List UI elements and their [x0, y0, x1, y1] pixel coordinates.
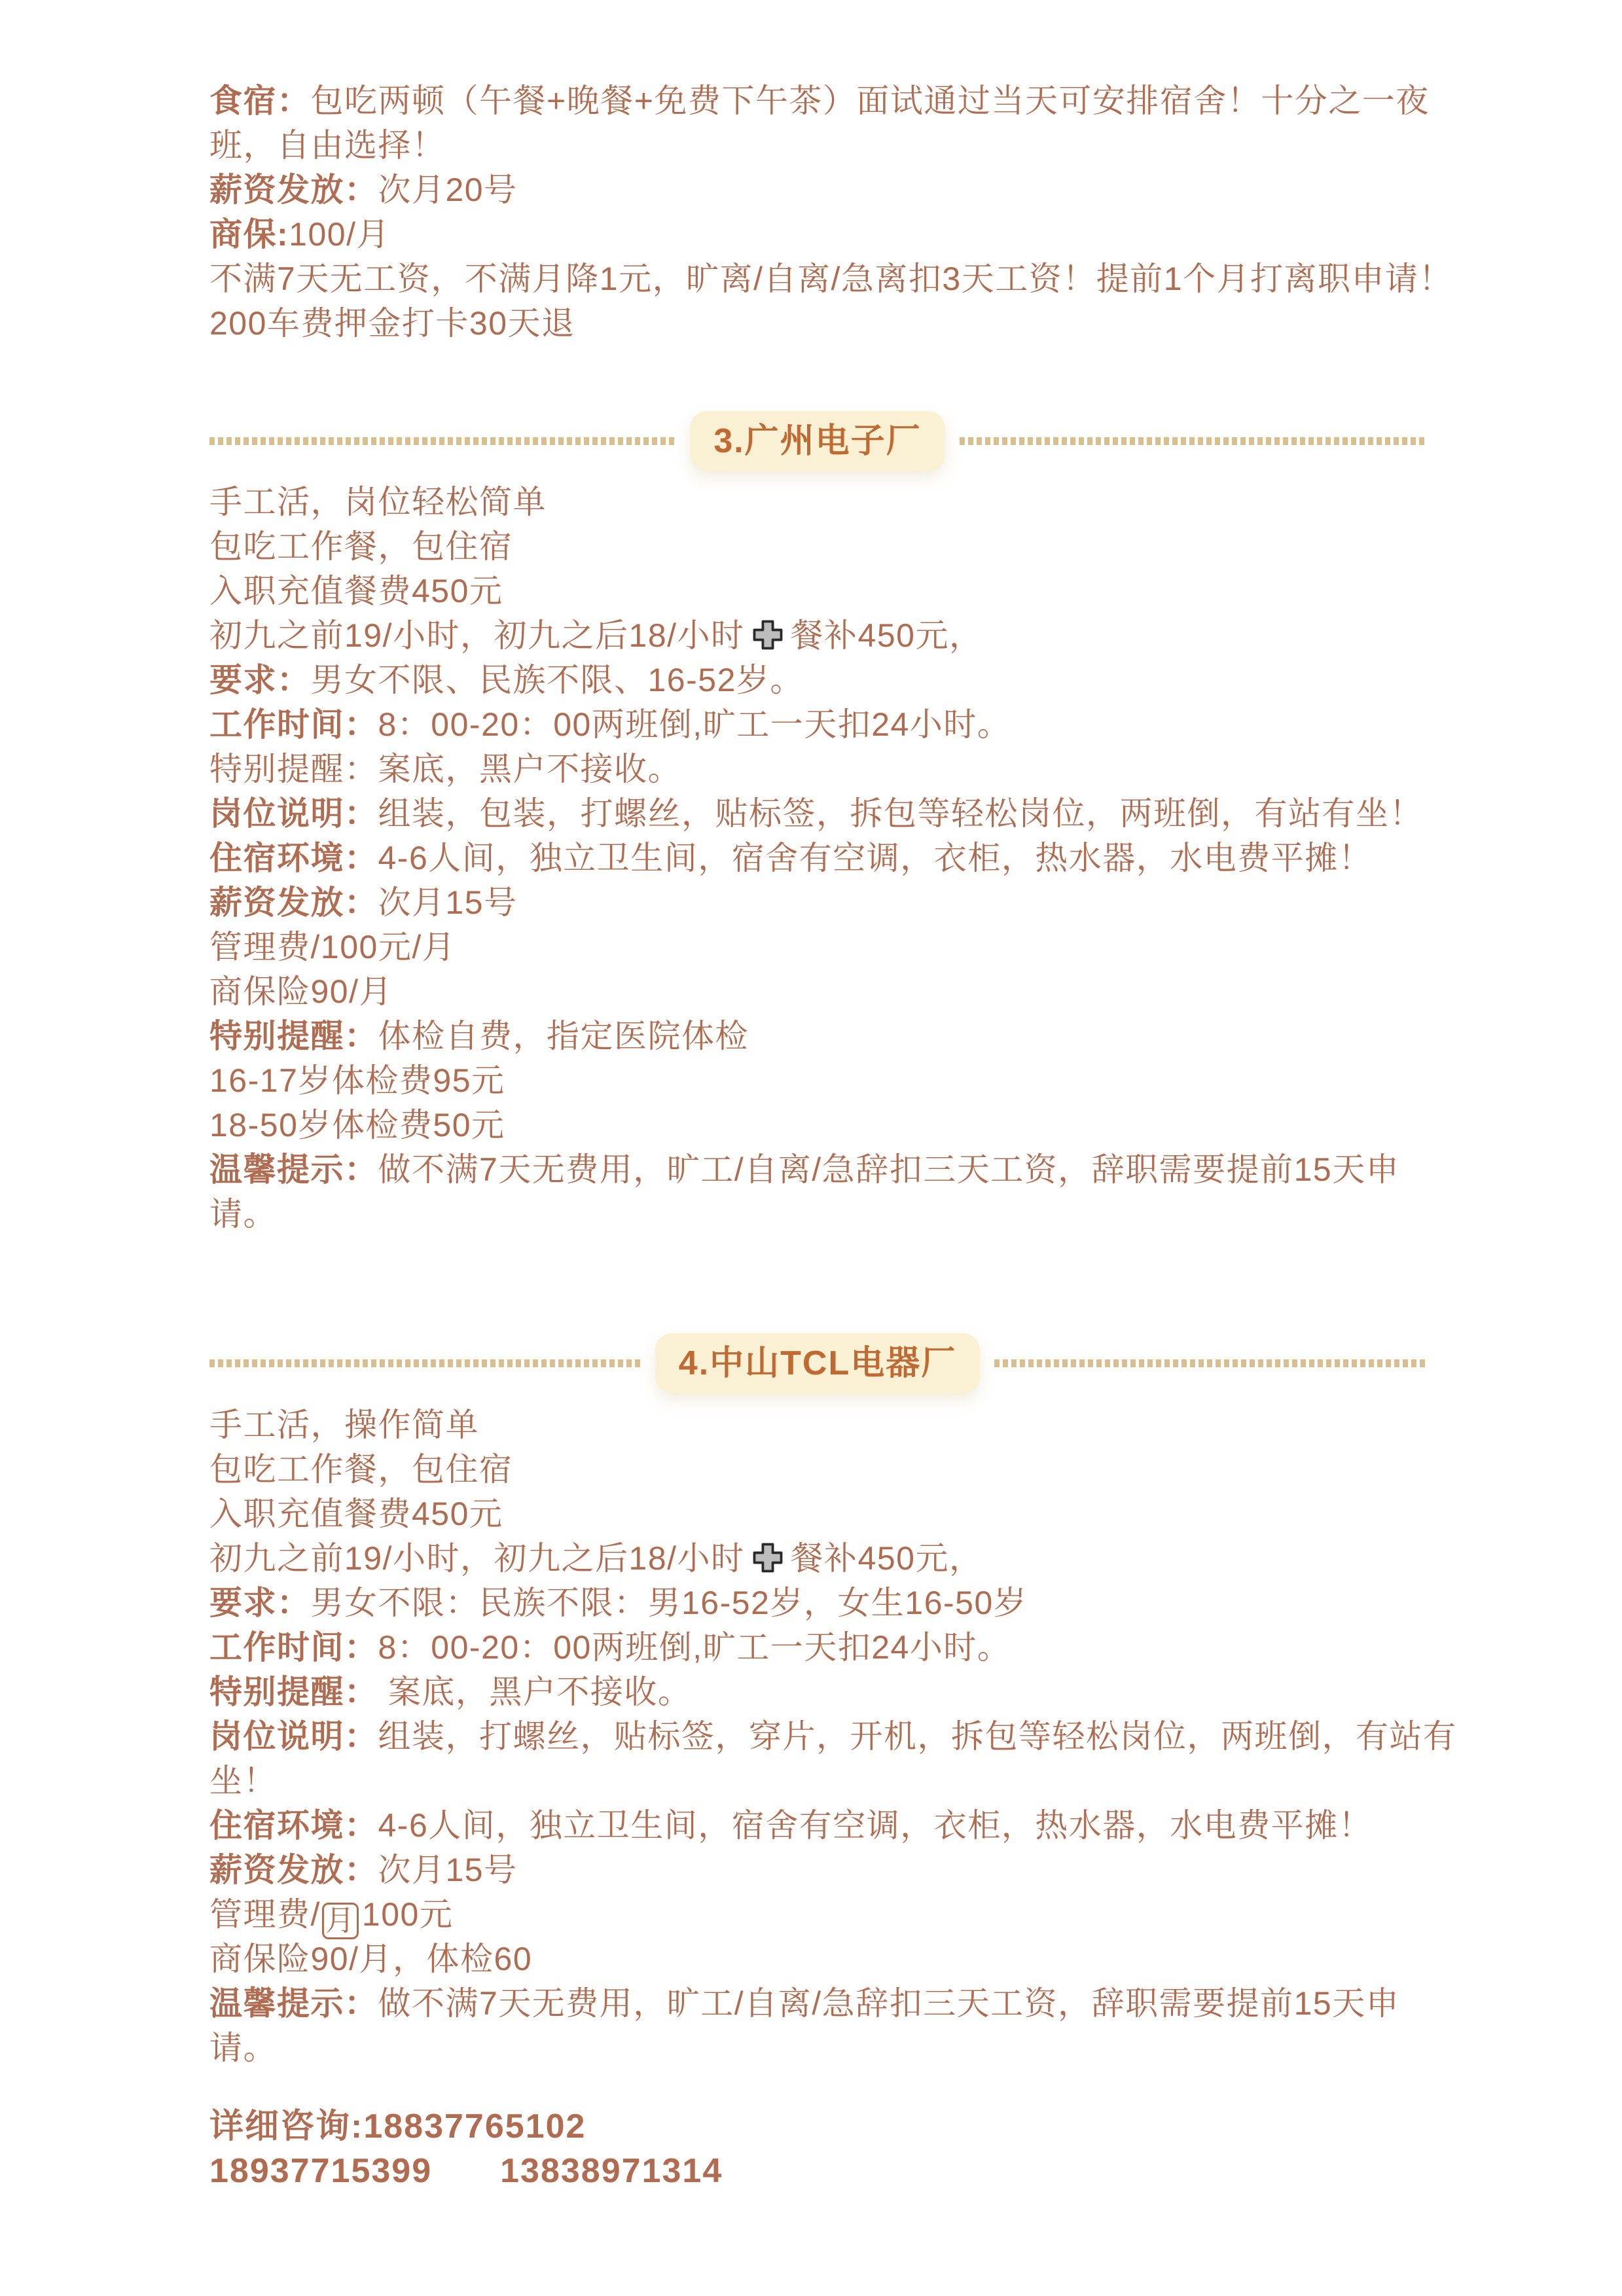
line-text: 做不满7天无费用，旷工/自离/急辞扣三天工资，辞职需要提前15天申: [378, 1985, 1400, 2022]
line-text: 入职充值餐费450元: [209, 573, 503, 609]
line-label: 工作时间：: [209, 1629, 378, 1666]
line-text: 组装，包装，打螺丝，贴标签，拆包等轻松岗位，两班倒，有站有坐！: [378, 795, 1424, 832]
text-line: 请。: [209, 2026, 1426, 2070]
text-line: 包吃工作餐，包住宿: [209, 1447, 1426, 1492]
text-line: 薪资发放：次月15号: [209, 880, 1426, 925]
line-text: 4-6人间，独立卫生间，宿舍有空调，衣柜，热水器，水电费平摊！: [378, 840, 1373, 876]
text-line: 岗位说明：组装，打螺丝，贴标签，穿片，开机，拆包等轻松岗位，两班倒，有站有: [209, 1714, 1426, 1759]
text-line: 初九之前19/小时，初九之后18/小时餐补450元，: [209, 1536, 1426, 1581]
text-line: 食宿：包吃两顿（午餐+晚餐+免费下午茶）面试通过当天可安排宿舍！十分之一夜: [209, 79, 1426, 123]
line-text: 18-50岁体检费50元: [209, 1107, 505, 1143]
flyer-content: 食宿：包吃两顿（午餐+晚餐+免费下午茶）面试通过当天可安排宿舍！十分之一夜 班，…: [0, 0, 1622, 2193]
text-line: 要求：男女不限、民族不限、16-52岁。: [209, 658, 1426, 702]
line-text: 餐补450元，: [791, 1540, 983, 1577]
line-text: 男女不限：民族不限：男16-52岁，女生16-50岁: [311, 1585, 1028, 1621]
line-text: 管理费/100元/月: [209, 929, 456, 965]
text-line: 商保险90/月，体检60: [209, 1937, 1426, 1981]
section-3-title-badge: 3.广州电子厂: [690, 411, 945, 471]
line-text: 不满7天无工资，不满月降1元，旷离/自离/急离扣3天工资！提前1个月打离职申请！: [209, 260, 1452, 297]
line-label: 薪资发放：: [209, 884, 378, 921]
line-text: 包吃工作餐，包住宿: [209, 1451, 513, 1488]
line-label: 薪资发放：: [209, 171, 378, 208]
dotted-line-left: [209, 1359, 641, 1367]
text-line: 岗位说明：组装，包装，打螺丝，贴标签，拆包等轻松岗位，两班倒，有站有坐！: [209, 791, 1426, 836]
contact-block: 详细咨询:18837765102 1893771539913838971314: [209, 2104, 1426, 2193]
line-text: 商保险90/月，体检60: [209, 1941, 532, 1977]
line-text: 请。: [209, 2030, 277, 2066]
flyer-page: { "colors":{ "page_bg":"#ffffff", "text"…: [0, 0, 1622, 2296]
line-text: 次月20号: [378, 171, 518, 208]
line-text: 餐补450元，: [791, 617, 983, 654]
section-4-header: 4.中山TCL电器厂: [209, 1333, 1426, 1393]
text-line: 温馨提示：做不满7天无费用，旷工/自离/急辞扣三天工资，辞职需要提前15天申: [209, 1981, 1426, 2026]
text-line: 住宿环境：4-6人间，独立卫生间，宿舍有空调，衣柜，热水器，水电费平摊！: [209, 836, 1426, 880]
line-text: 100/月: [289, 216, 390, 253]
line-label: 特别提醒：: [209, 1018, 378, 1054]
text-line: 不满7天无工资，不满月降1元，旷离/自离/急离扣3天工资！提前1个月打离职申请！: [209, 257, 1426, 301]
text-line: 16-17岁体检费95元: [209, 1058, 1426, 1103]
line-label: 温馨提示：: [209, 1985, 378, 2022]
line-text: 班，自由选择！: [209, 127, 446, 164]
line-text: 8：00-20：00两班倒,旷工一天扣24小时。: [378, 706, 1011, 743]
line-text: 请。: [209, 1196, 277, 1232]
line-text: 手工活，岗位轻松简单: [209, 484, 547, 520]
text-line: 坐！: [209, 1759, 1426, 1803]
contact-line: 详细咨询:18837765102: [209, 2104, 1426, 2149]
line-text: 特别提醒：案底，黑户不接收。: [209, 751, 681, 787]
text-line: 手工活，操作简单: [209, 1403, 1426, 1447]
line-text: 4-6人间，独立卫生间，宿舍有空调，衣柜，热水器，水电费平摊！: [378, 1807, 1373, 1844]
line-label: 工作时间：: [209, 706, 378, 743]
line-text: 包吃工作餐，包住宿: [209, 528, 513, 565]
line-label: 住宿环境：: [209, 1807, 378, 1844]
line-text: 坐！: [209, 1763, 277, 1799]
text-line: 初九之前19/小时，初九之后18/小时餐补450元，: [209, 613, 1426, 658]
text-line: 商保险90/月: [209, 969, 1426, 1014]
line-label: 薪资发放：: [209, 1852, 378, 1888]
line-text: 体检自费，指定医院体检: [378, 1018, 749, 1054]
line-text: 做不满7天无费用，旷工/自离/急辞扣三天工资，辞职需要提前15天申: [378, 1151, 1400, 1188]
text-line: 200车费押金打卡30天退: [209, 301, 1426, 346]
line-label: 要求：: [209, 662, 311, 698]
plus-icon: [750, 617, 785, 653]
line-text: 200车费押金打卡30天退: [209, 305, 575, 342]
line-text: 初九之前19/小时，初九之后18/小时: [209, 1540, 745, 1577]
line-label: 商保:: [209, 216, 289, 253]
section-4-title-badge: 4.中山TCL电器厂: [655, 1333, 980, 1393]
line-text: 手工活，操作简单: [209, 1407, 479, 1443]
plus-icon: [750, 1540, 785, 1575]
text-line: 包吃工作餐，包住宿: [209, 524, 1426, 569]
text-line: 管理费/100元/月: [209, 925, 1426, 969]
line-label: 住宿环境：: [209, 840, 378, 876]
line-text: 8：00-20：00两班倒,旷工一天扣24小时。: [378, 1629, 1011, 1666]
text-line: 入职充值餐费450元: [209, 1492, 1426, 1536]
line-text: 组装，打螺丝，贴标签，穿片，开机，拆包等轻松岗位，两班倒，有站有: [378, 1718, 1457, 1755]
line-text: 次月15号: [378, 1852, 518, 1888]
text-line: 特别提醒：体检自费，指定医院体检: [209, 1014, 1426, 1058]
line-label: 温馨提示：: [209, 1151, 378, 1188]
contact-label: 详细咨询:: [209, 2108, 363, 2145]
line-text: 次月15号: [378, 884, 518, 921]
line-text: 100元: [362, 1896, 453, 1933]
phone-number: 18837765102: [363, 2108, 586, 2145]
text-line: 特别提醒：案底，黑户不接收。: [209, 747, 1426, 791]
text-line: 温馨提示：做不满7天无费用，旷工/自离/急辞扣三天工资，辞职需要提前15天申: [209, 1147, 1426, 1192]
line-text: 案底，黑户不接收。: [378, 1674, 692, 1710]
line-text: 入职充值餐费450元: [209, 1496, 503, 1532]
text-line: 班，自由选择！: [209, 123, 1426, 168]
intro-block: 食宿：包吃两顿（午餐+晚餐+免费下午茶）面试通过当天可安排宿舍！十分之一夜 班，…: [209, 79, 1426, 346]
line-text: 管理费/: [209, 1896, 321, 1933]
text-line: 特别提醒： 案底，黑户不接收。: [209, 1670, 1426, 1714]
text-line: 薪资发放：次月15号: [209, 1848, 1426, 1892]
text-line: 18-50岁体检费50元: [209, 1103, 1426, 1147]
line-text: 包吃两顿（午餐+晚餐+免费下午茶）面试通过当天可安排宿舍！十分之一夜: [311, 82, 1430, 119]
line-text: 男女不限、民族不限、16-52岁。: [311, 662, 804, 698]
text-line: 请。: [209, 1192, 1426, 1236]
dotted-line-right: [960, 437, 1426, 445]
phone-number: 13838971314: [500, 2152, 723, 2190]
line-label: 食宿：: [209, 82, 311, 119]
text-line: 工作时间：8：00-20：00两班倒,旷工一天扣24小时。: [209, 1625, 1426, 1670]
text-line: 商保:100/月: [209, 212, 1426, 257]
line-label: 特别提醒：: [209, 1674, 378, 1710]
dotted-line-right: [994, 1359, 1426, 1367]
section-3-body: 手工活，岗位轻松简单 包吃工作餐，包住宿 入职充值餐费450元 初九之前19/小…: [209, 480, 1426, 1236]
dotted-line-left: [209, 437, 676, 445]
boxed-month-icon: 月: [322, 1903, 359, 1939]
text-line: 工作时间：8：00-20：00两班倒,旷工一天扣24小时。: [209, 702, 1426, 747]
text-line: 薪资发放：次月20号: [209, 168, 1426, 212]
line-label: 岗位说明：: [209, 795, 378, 832]
phone-number: 18937715399: [209, 2152, 432, 2190]
contact-line: 1893771539913838971314: [209, 2149, 1426, 2193]
line-text: 16-17岁体检费95元: [209, 1062, 505, 1099]
section-4-body: 手工活，操作简单 包吃工作餐，包住宿 入职充值餐费450元 初九之前19/小时，…: [209, 1403, 1426, 2070]
text-line: 要求：男女不限：民族不限：男16-52岁，女生16-50岁: [209, 1581, 1426, 1625]
line-text: 初九之前19/小时，初九之后18/小时: [209, 617, 745, 654]
line-text: 商保险90/月: [209, 973, 393, 1010]
text-line: 住宿环境：4-6人间，独立卫生间，宿舍有空调，衣柜，热水器，水电费平摊！: [209, 1803, 1426, 1848]
line-label: 要求：: [209, 1585, 311, 1621]
line-label: 岗位说明：: [209, 1718, 378, 1755]
text-line: 管理费/月100元: [209, 1892, 1426, 1937]
section-3-header: 3.广州电子厂: [209, 411, 1426, 471]
text-line: 手工活，岗位轻松简单: [209, 480, 1426, 524]
text-line: 入职充值餐费450元: [209, 569, 1426, 613]
